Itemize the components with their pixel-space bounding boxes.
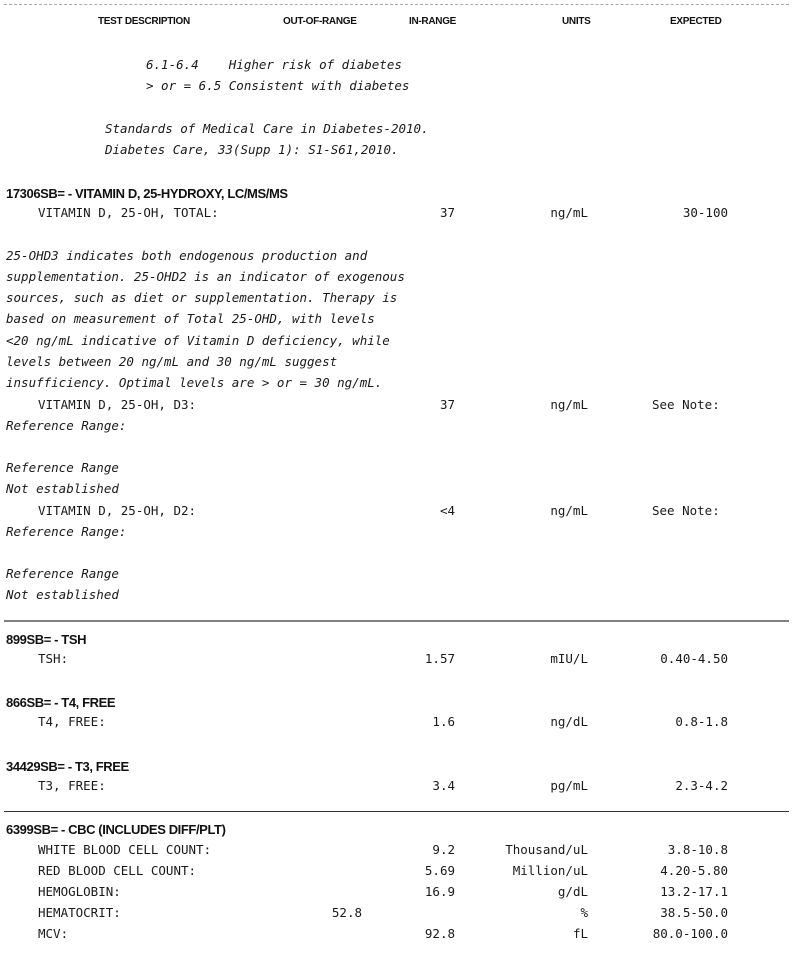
test-name: MCV: bbox=[38, 926, 68, 941]
test-name: VITAMIN D, 25-OH, D2: bbox=[38, 503, 196, 518]
in-range-value: 16.9 bbox=[400, 884, 455, 899]
header-test-description: TEST DESCRIPTION bbox=[98, 16, 190, 27]
reference-range-title: Reference Range bbox=[6, 566, 119, 581]
expected-range: 80.0-100.0 bbox=[620, 926, 728, 941]
expected-range: See Note: bbox=[652, 503, 720, 518]
in-range-value: 3.4 bbox=[400, 778, 455, 793]
note-line: 25-OHD3 indicates both endogenous produc… bbox=[6, 248, 367, 263]
expected-range: 2.3-4.2 bbox=[620, 778, 728, 793]
group-title: 866SB= - T4, FREE bbox=[6, 695, 115, 710]
a1c-citation-line: Standards of Medical Care in Diabetes-20… bbox=[105, 121, 429, 136]
units: pg/mL bbox=[480, 778, 588, 793]
units: g/dL bbox=[470, 884, 588, 899]
in-range-value: 1.6 bbox=[400, 714, 455, 729]
in-range-value: 37 bbox=[400, 205, 455, 220]
in-range-value: 5.69 bbox=[400, 863, 455, 878]
in-range-value: 92.8 bbox=[400, 926, 455, 941]
expected-range: 3.8-10.8 bbox=[620, 842, 728, 857]
test-name: TSH: bbox=[38, 651, 68, 666]
expected-range: 30-100 bbox=[620, 205, 728, 220]
note-line: levels between 20 ng/mL and 30 ng/mL sug… bbox=[6, 354, 337, 369]
group-title: 6399SB= - CBC (INCLUDES DIFF/PLT) bbox=[6, 822, 226, 837]
test-name: T3, FREE: bbox=[38, 778, 106, 793]
note-line: based on measurement of Total 25-OHD, wi… bbox=[6, 311, 375, 326]
units: ng/mL bbox=[480, 503, 588, 518]
units: fL bbox=[470, 926, 588, 941]
test-name: VITAMIN D, 25-OH, TOTAL: bbox=[38, 205, 219, 220]
note-line: supplementation. 25-OHD2 is an indicator… bbox=[6, 269, 405, 284]
reference-range-title: Reference Range bbox=[6, 460, 119, 475]
expected-range: 38.5-50.0 bbox=[620, 905, 728, 920]
units: % bbox=[470, 905, 588, 920]
section-divider bbox=[4, 811, 789, 812]
reference-range-label: Reference Range: bbox=[6, 418, 126, 433]
group-title: 34429SB= - T3, FREE bbox=[6, 759, 129, 774]
expected-range: See Note: bbox=[652, 397, 720, 412]
note-line: <20 ng/mL indicative of Vitamin D defici… bbox=[6, 333, 390, 348]
units: ng/mL bbox=[480, 205, 588, 220]
header-in-range: IN-RANGE bbox=[409, 16, 456, 27]
reference-range-value: Not established bbox=[6, 481, 119, 496]
units: mIU/L bbox=[480, 651, 588, 666]
section-divider bbox=[4, 620, 789, 622]
group-title: 17306SB= - VITAMIN D, 25-HYDROXY, LC/MS/… bbox=[6, 186, 288, 201]
units: Million/uL bbox=[470, 863, 588, 878]
test-name: HEMOGLOBIN: bbox=[38, 884, 121, 899]
expected-range: 0.8-1.8 bbox=[620, 714, 728, 729]
out-of-range-value: 52.8 bbox=[300, 905, 362, 920]
top-divider bbox=[4, 4, 789, 5]
reference-range-value: Not established bbox=[6, 587, 119, 602]
group-title: 899SB= - TSH bbox=[6, 632, 86, 647]
units: ng/dL bbox=[480, 714, 588, 729]
units: Thousand/uL bbox=[470, 842, 588, 857]
in-range-value: 1.57 bbox=[400, 651, 455, 666]
test-name: T4, FREE: bbox=[38, 714, 106, 729]
a1c-note-line: 6.1-6.4 Higher risk of diabetes bbox=[146, 57, 402, 72]
expected-range: 4.20-5.80 bbox=[620, 863, 728, 878]
a1c-note-line: > or = 6.5 Consistent with diabetes bbox=[146, 78, 409, 93]
test-name: VITAMIN D, 25-OH, D3: bbox=[38, 397, 196, 412]
in-range-value: 37 bbox=[400, 397, 455, 412]
test-name: RED BLOOD CELL COUNT: bbox=[38, 863, 196, 878]
reference-range-label: Reference Range: bbox=[6, 524, 126, 539]
header-expected: EXPECTED bbox=[670, 16, 722, 27]
header-units: UNITS bbox=[562, 16, 591, 27]
a1c-citation-line: Diabetes Care, 33(Supp 1): S1-S61,2010. bbox=[105, 142, 399, 157]
expected-range: 0.40-4.50 bbox=[620, 651, 728, 666]
note-line: insufficiency. Optimal levels are > or =… bbox=[6, 375, 382, 390]
note-line: sources, such as diet or supplementation… bbox=[6, 290, 397, 305]
in-range-value: <4 bbox=[400, 503, 455, 518]
in-range-value: 9.2 bbox=[400, 842, 455, 857]
test-name: WHITE BLOOD CELL COUNT: bbox=[38, 842, 211, 857]
header-out-of-range: OUT-OF-RANGE bbox=[283, 16, 357, 27]
test-name: HEMATOCRIT: bbox=[38, 905, 121, 920]
expected-range: 13.2-17.1 bbox=[620, 884, 728, 899]
units: ng/mL bbox=[480, 397, 588, 412]
